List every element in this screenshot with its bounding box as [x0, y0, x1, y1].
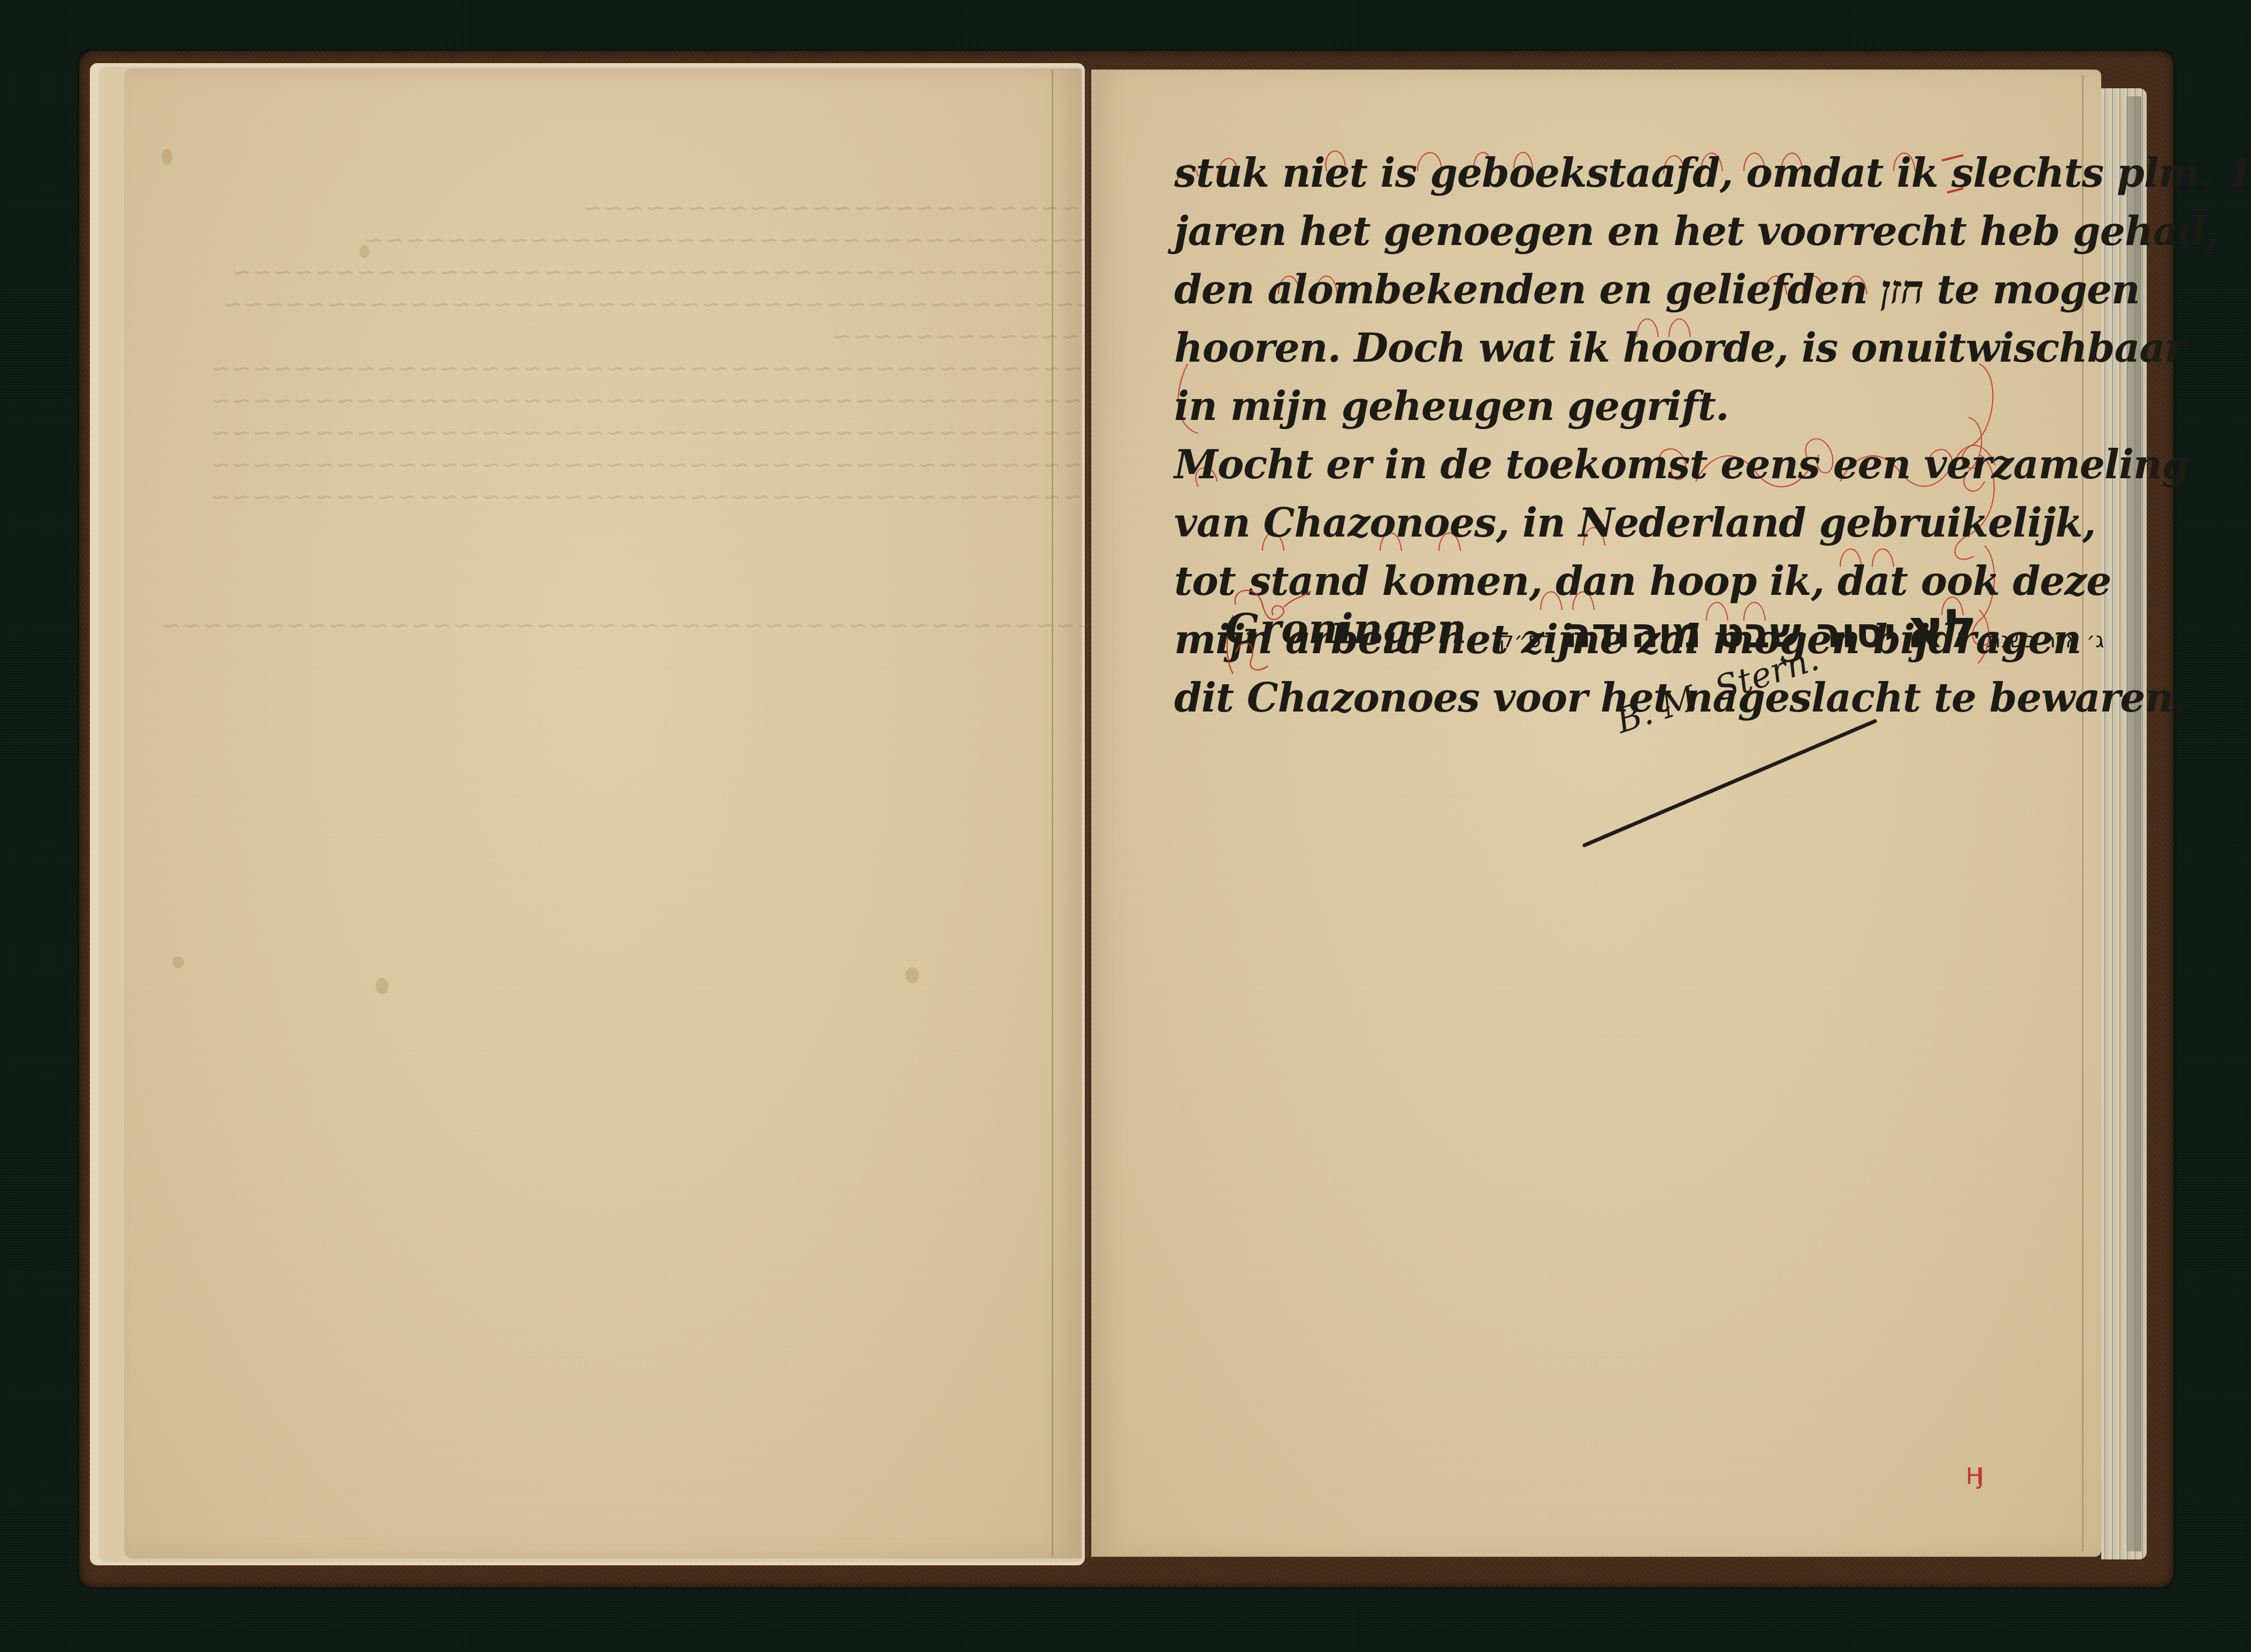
hebrew-date-emphasis: לא: [1906, 598, 1977, 660]
left-page-fold: [1052, 70, 1053, 1557]
hebrew-date-suffix: לפ״ק: [1499, 628, 1553, 653]
signature-underline: [1562, 690, 1883, 861]
monogram-mark: HJ: [1966, 1463, 1979, 1489]
text-line: Mocht er in de toekomst eens een verzame…: [1174, 436, 2009, 494]
page-block-shadow: [2126, 96, 2141, 1551]
foxing-spot: [905, 967, 919, 983]
hebrew-date-prefix: ג׳ אייר בשנת: [1987, 628, 2104, 653]
foxing-spot: [172, 957, 184, 968]
text-line: jaren het genoegen en het voorrecht heb …: [1174, 203, 2009, 261]
foxing-spot: [376, 978, 388, 994]
text-line: in mijn geheugen gegrift.: [1174, 378, 2009, 436]
dateline: Groningen ג׳ אייר בשנת לא יסור שבט מיהוד…: [1225, 599, 2081, 658]
signature: B. M. Stern.: [1562, 690, 1883, 861]
hebrew-date-phrase: יסור שבט מיהודה: [1563, 609, 1896, 657]
gutter-fold: [1087, 70, 1089, 1557]
text-line: van Chazonoes, in Nederland gebruikelijk…: [1174, 494, 2009, 553]
text-line: hooren. Doch wat ik hoorde, is onuitwisc…: [1174, 319, 2009, 378]
text-line: den alombekenden en geliefden חזן te mog…: [1174, 261, 2009, 319]
place-name: Groningen: [1225, 605, 1467, 653]
text-line: stuk niet is geboekstaafd, omdat ik slec…: [1174, 144, 2009, 203]
